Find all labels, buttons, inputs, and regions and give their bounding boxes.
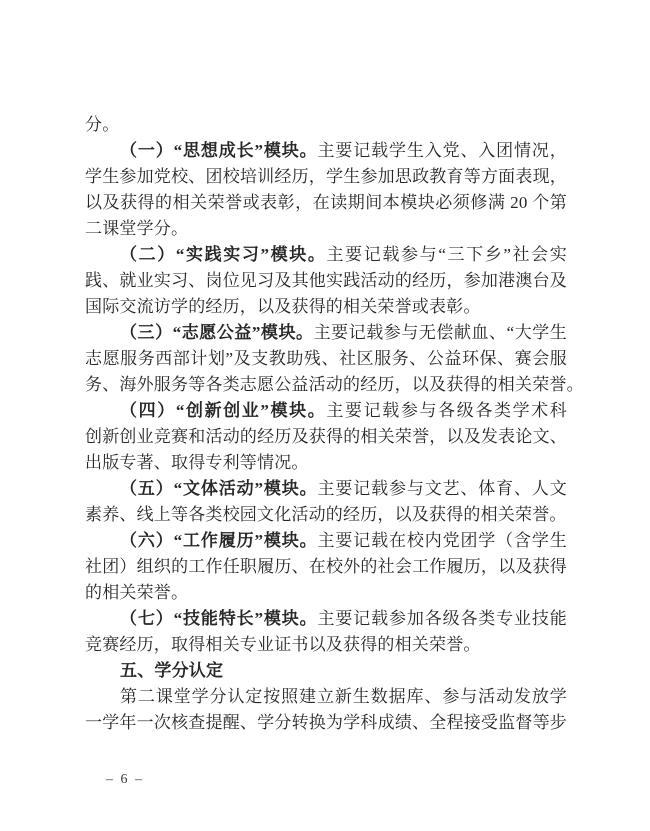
module-6-lead-line: （六）“工作履历”模块。主要记载在校内党团学（含学生 — [85, 528, 567, 554]
body-text-segment: 以及获得的相关荣誉或表彰，在读期间本模块必须修满 20 个第 — [85, 193, 567, 212]
body-text-segment: 主要记载参与无偿献血、“大学生 — [314, 323, 567, 342]
body-text-segment: 志愿服务西部计划”及支教助残、社区服务、公益环保、赛会服 — [85, 349, 567, 368]
bold-text-segment: （三）“志愿公益”模块。 — [120, 323, 314, 342]
module-3-line-3: 务、海外服务等各类志愿公益活动的经历，以及获得的相关荣誉。 — [85, 372, 567, 398]
module-3-line-2: 志愿服务西部计划”及支教助残、社区服务、公益环保、赛会服 — [85, 346, 567, 372]
module-4-line-2: 创新创业竞赛和活动的经历及获得的相关荣誉，以及发表论文、 — [85, 424, 567, 450]
module-5-lead-line: （五）“文体活动”模块。主要记载参与文艺、体育、人文 — [85, 476, 567, 502]
module-4-lead-line: （四）“创新创业”模块。主要记载参与各级各类学术科技、 — [85, 398, 567, 424]
module-6-line-2: 社团）组织的工作任职履历、在校外的社会工作履历，以及获得 — [85, 554, 567, 580]
bold-text-segment: （六）“工作履历”模块。 — [120, 531, 317, 550]
body-text-segment: 竞赛经历，取得相关专业证书以及获得的相关荣誉。 — [85, 635, 481, 654]
bold-text-segment: （七）“技能特长”模块。 — [120, 609, 317, 628]
bold-text-segment: （四）“创新创业”模块。 — [120, 401, 326, 420]
module-1-line-2: 学生参加党校、团校培训经历，学生参加思政教育等方面表现， — [85, 164, 567, 190]
body-text-segment: 国际交流访学的经历，以及获得的相关荣誉或表彰。 — [85, 297, 481, 316]
body-text-segment: 主要记载参与文艺、体育、人文 — [317, 479, 567, 498]
bold-text-segment: 五、学分认定 — [120, 661, 223, 680]
body-text-segment: 务、海外服务等各类志愿公益活动的经历，以及获得的相关荣誉。 — [85, 375, 584, 394]
section-5-heading: 五、学分认定 — [85, 658, 567, 684]
body-text-segment: 出版专著、取得专利等情况。 — [85, 453, 309, 472]
body-text-segment: 主要记载在校内党团学（含学生 — [317, 531, 567, 550]
module-7-lead-line: （七）“技能特长”模块。主要记载参加各级各类专业技能 — [85, 606, 567, 632]
body-text-segment: 素养、线上等各类校园文化活动的经历，以及获得的相关荣誉。 — [85, 505, 567, 524]
body-text-segment: 二课堂学分。 — [85, 219, 188, 238]
body-text-segment: 创新创业竞赛和活动的经历及获得的相关荣誉，以及发表论文、 — [85, 427, 567, 446]
body-text-segment: 社团）组织的工作任职履历、在校外的社会工作履历，以及获得 — [85, 557, 567, 576]
body-text-segment: 第二课堂学分认定按照建立新生数据库、参与活动发放学分、 — [85, 687, 567, 710]
module-1-line-3: 以及获得的相关荣誉或表彰，在读期间本模块必须修满 20 个第 — [85, 190, 567, 216]
page-number: – 6 – — [106, 772, 144, 788]
para-credit-tail-line: 分。 — [85, 112, 567, 138]
body-text-segment: 主要记载参与“三下乡”社会实 — [327, 245, 567, 264]
credit-para-line-2: 一学年一次核查提醒、学分转换为学科成绩、全程接受监督等步 — [85, 710, 567, 736]
document-page: 分。（一）“思想成长”模块。主要记载学生入党、入团情况，学生参加党校、团校培训经… — [0, 0, 650, 831]
credit-para-line-1: 第二课堂学分认定按照建立新生数据库、参与活动发放学分、 — [85, 684, 567, 710]
module-6-line-3: 的相关荣誉。 — [85, 580, 567, 606]
module-4-line-3: 出版专著、取得专利等情况。 — [85, 450, 567, 476]
bold-text-segment: （一）“思想成长”模块。 — [120, 141, 317, 160]
body-text-segment: 一学年一次核查提醒、学分转换为学科成绩、全程接受监督等步 — [85, 713, 567, 732]
body-text-segment: 践、就业实习、岗位见习及其他实践活动的经历，参加港澳台及 — [85, 271, 567, 290]
body-text-segment: 学生参加党校、团校培训经历，学生参加思政教育等方面表现， — [85, 167, 567, 186]
module-1-lead-line: （一）“思想成长”模块。主要记载学生入党、入团情况， — [85, 138, 567, 164]
module-1-line-4: 二课堂学分。 — [85, 216, 567, 242]
document-body: 分。（一）“思想成长”模块。主要记载学生入党、入团情况，学生参加党校、团校培训经… — [85, 112, 567, 736]
module-2-line-2: 践、就业实习、岗位见习及其他实践活动的经历，参加港澳台及 — [85, 268, 567, 294]
module-7-line-2: 竞赛经历，取得相关专业证书以及获得的相关荣誉。 — [85, 632, 567, 658]
body-text-segment: 主要记载学生入党、入团情况， — [317, 141, 567, 160]
body-text-segment: 分。 — [85, 115, 119, 134]
module-3-lead-line: （三）“志愿公益”模块。主要记载参与无偿献血、“大学生 — [85, 320, 567, 346]
bold-text-segment: （五）“文体活动”模块。 — [120, 479, 317, 498]
module-2-line-3: 国际交流访学的经历，以及获得的相关荣誉或表彰。 — [85, 294, 567, 320]
bold-text-segment: （二）“实践实习”模块。 — [120, 245, 327, 264]
body-text-segment: 主要记载参加各级各类专业技能 — [317, 609, 567, 628]
module-5-line-2: 素养、线上等各类校园文化活动的经历，以及获得的相关荣誉。 — [85, 502, 567, 528]
module-2-lead-line: （二）“实践实习”模块。主要记载参与“三下乡”社会实 — [85, 242, 567, 268]
body-text-segment: 的相关荣誉。 — [85, 583, 188, 602]
